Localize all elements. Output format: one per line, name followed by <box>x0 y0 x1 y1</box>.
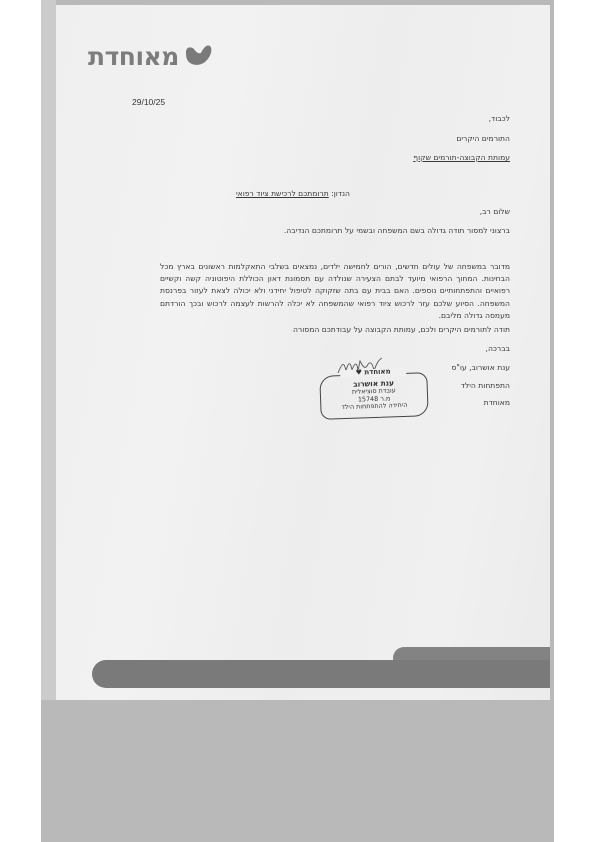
recipient-salutation: לכבוד, <box>489 114 510 123</box>
signer-unit: התפתחות הילד <box>461 381 510 390</box>
footer-decor-bar <box>92 660 550 688</box>
subject-line: הנדון: תרומתכם לרכישת ציוד רפואי <box>236 189 350 198</box>
letter-page <box>56 5 550 700</box>
stamp-org: מאוחדת ♥ <box>340 368 406 378</box>
greeting: שלום רב, <box>480 207 510 216</box>
thanks-line: תודה לתורמים היקרים ולכם, עמותת הקבוצה ע… <box>293 325 510 334</box>
heart-icon <box>183 43 213 71</box>
official-stamp: מאוחדת ♥ ענת אושרוב עובדת סוציאלית מ.ר 1… <box>319 372 428 420</box>
heart-icon: ♥ <box>356 368 363 376</box>
subject-label: הנדון: <box>331 189 350 198</box>
maccabi-logo: מאוחדת <box>88 42 213 71</box>
signer-org: מאוחדת <box>484 398 510 407</box>
body-paragraph: מדובר במשפחה של עולים חדשים, הורים לחמיש… <box>160 261 510 322</box>
subject-text: תרומתכם לרכישת ציוד רפואי <box>236 189 329 198</box>
letter-date: 29/10/25 <box>132 97 165 107</box>
recipient-line1: התורמים היקרים <box>456 134 510 143</box>
intro-line: ברצוני למסור תודה גדולה בשם המשפחה ובשמי… <box>284 226 510 235</box>
signer-name: ענת אושרוב, עו"ס <box>451 363 510 372</box>
paper-edge <box>41 0 56 700</box>
logo-text: מאוחדת <box>88 42 179 71</box>
recipient-line2: עמותת הקבוצה-תורמים שקוף <box>413 153 510 162</box>
closing: בברכה, <box>486 344 510 353</box>
